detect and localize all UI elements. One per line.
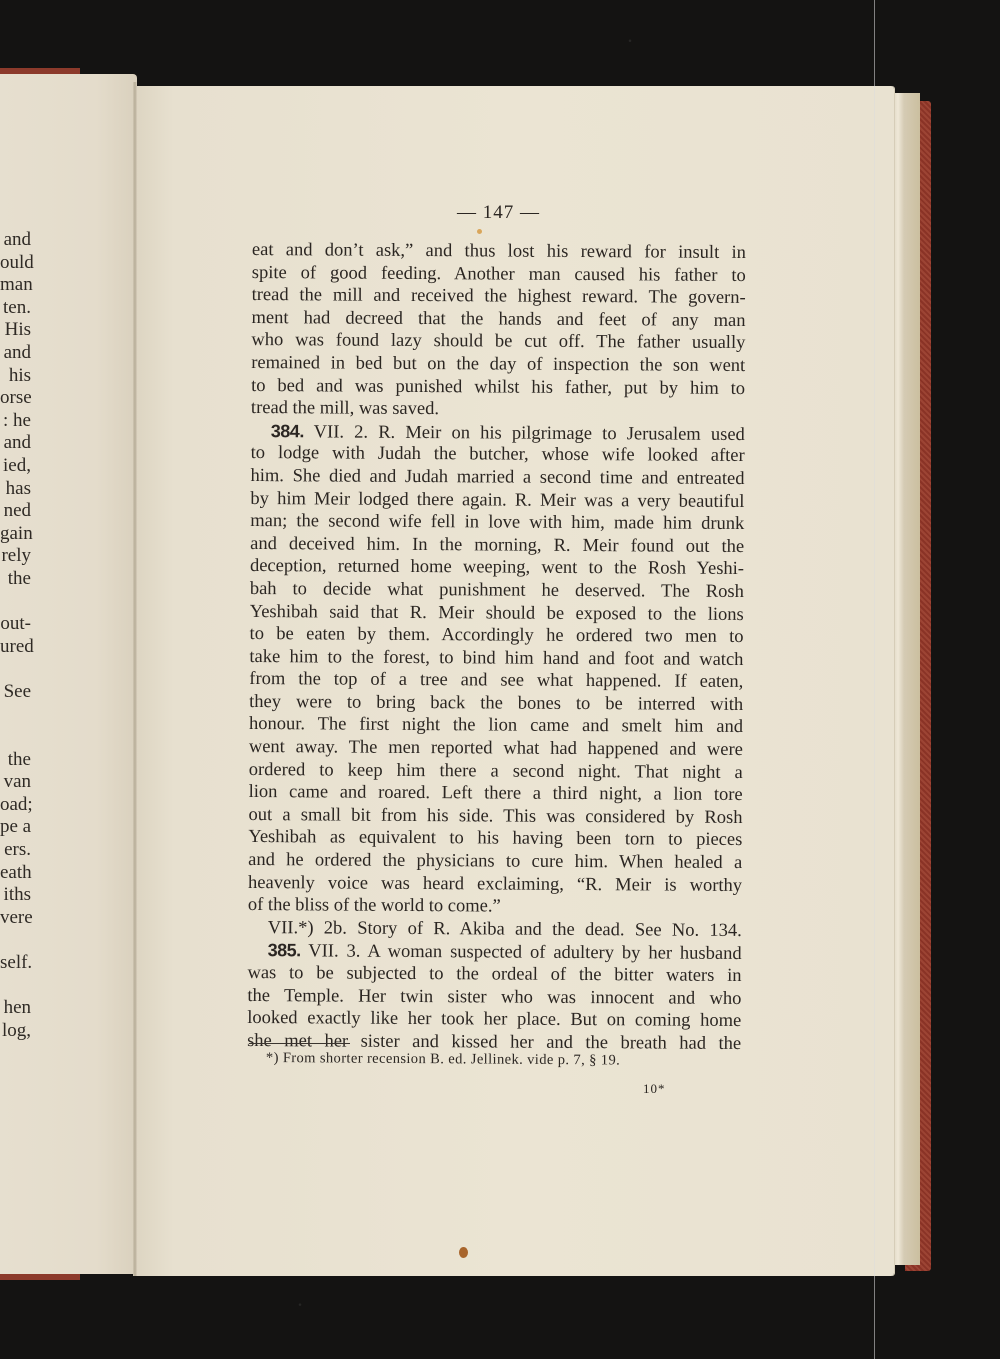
left-fragment: the — [0, 749, 31, 772]
left-fragment: ers. — [0, 839, 31, 862]
text-line: honour. The first night the lion came an… — [249, 713, 743, 739]
text-line: the Temple. Her twin sister who was inno… — [247, 985, 741, 1011]
text-line: tread the mill and received the highest … — [252, 284, 746, 310]
left-fragment — [0, 929, 31, 952]
entry-384-first-line: 384. VII. 2. R. Meir on his pilgrimage t… — [251, 420, 745, 446]
left-fragment: log, — [0, 1020, 31, 1043]
left-fragment: gain — [0, 523, 31, 546]
left-fragment: ied, — [0, 455, 31, 478]
left-fragment: and — [0, 229, 31, 252]
left-fragment: ould — [0, 252, 31, 275]
text-line: remained in bed but on the day of inspec… — [251, 352, 745, 378]
left-fragment: ned — [0, 500, 31, 523]
left-fragment: His — [0, 319, 31, 342]
left-fragment — [0, 591, 31, 614]
text-line: to lodge with Judah the butcher, whose w… — [251, 442, 745, 468]
text-line: man; the second wife fell in love with h… — [250, 510, 744, 536]
text-line: heavenly voice was heard exclaiming, “R.… — [248, 872, 742, 898]
text-line: and deceived him. In the morning, R. Mei… — [250, 533, 744, 559]
left-fragment: the — [0, 568, 31, 591]
footnote: *) From shorter recension B. ed. Jelline… — [266, 1050, 620, 1069]
text-line: spite of good feeding. Another man cause… — [252, 262, 746, 288]
entry-number-385: 385. — [268, 941, 301, 961]
left-fragment: man — [0, 274, 31, 297]
text-line: ordered to keep him there a second night… — [249, 759, 743, 785]
page-number: — 147 — — [457, 202, 540, 224]
text-line: bah to decide what punishment he deserve… — [250, 578, 744, 604]
text-line: by him Meir lodged there again. R. Meir … — [250, 488, 744, 514]
left-fragment: ured — [0, 636, 31, 659]
left-fragment: van — [0, 771, 31, 794]
left-fragment: and — [0, 342, 31, 365]
left-fragment: See — [0, 681, 31, 704]
text-line: went away. The men reported what had hap… — [249, 736, 743, 762]
page-body-text: eat and don’t ask,” and thus lost his re… — [247, 239, 746, 1055]
text-line: who was found lazy should be cut off. Th… — [251, 329, 745, 355]
text-line: to be eaten by them. Accordingly he orde… — [250, 623, 744, 649]
left-fragment: : he — [0, 410, 31, 433]
left-fragment: and — [0, 432, 31, 455]
left-fragment: oad; — [0, 794, 31, 817]
left-fragment — [0, 703, 31, 726]
text-line: out a small bit from his side. This was … — [248, 804, 742, 830]
text-line: lion came and roared. Left there a third… — [249, 781, 743, 807]
text-line: was to be subjected to the ordeal of the… — [247, 962, 741, 988]
left-page-text-fragments: and ould man ten. His and his orse : he … — [0, 229, 31, 1042]
text-line: Yeshibah said that R. Meir should be exp… — [250, 600, 744, 626]
left-fragment — [0, 726, 31, 749]
footnote-divider — [249, 1043, 350, 1044]
left-fragment — [0, 658, 31, 681]
left-fragment: out- — [0, 613, 31, 636]
left-fragment: pe a — [0, 816, 31, 839]
left-fragment: orse — [0, 387, 31, 410]
cross-reference-2b: VII.*) 2b. Story of R. Akiba and the dea… — [248, 917, 742, 943]
book-gutter — [133, 82, 137, 1276]
scanner-guide-line — [874, 0, 875, 1359]
text-line: deception, returned home weeping, went t… — [250, 555, 744, 581]
left-fragment: has — [0, 478, 31, 501]
text-line: from the top of a tree and see what happ… — [249, 668, 743, 694]
entry-384-heading-text: VII. 2. R. Meir on his pilgrimage to Jer… — [314, 422, 745, 445]
left-fragment: vere — [0, 907, 31, 930]
text-line: him. She died and Judah married a second… — [250, 465, 744, 491]
paper-stain — [459, 1247, 468, 1258]
text-line: they were to bring back the bones to be … — [249, 691, 743, 717]
left-fragment: eath — [0, 862, 31, 885]
text-line: looked exactly like her took her place. … — [247, 1007, 741, 1033]
text-line: eat and don’t ask,” and thus lost his re… — [252, 239, 746, 265]
left-fragment — [0, 975, 31, 998]
text-line: ment had decreed that the hands and feet… — [251, 307, 745, 333]
entry-385-first-line: 385. VII. 3. A woman suspected of adulte… — [248, 939, 742, 965]
left-fragment: self. — [0, 952, 31, 975]
left-fragment: ten. — [0, 297, 31, 320]
text-line: tread the mill, was saved. — [251, 397, 745, 423]
text-line: take him to the forest, to bind him hand… — [249, 646, 743, 672]
entry-385-heading-text: VII. 3. A woman suspected of adultery by… — [308, 942, 741, 965]
signature-mark: 10* — [643, 1081, 666, 1097]
text-line: of the bliss of the world to come.” — [248, 894, 742, 920]
text-line: and he ordered the physicians to cure hi… — [248, 849, 742, 875]
left-fragment: rely — [0, 545, 31, 568]
left-fragment: hen — [0, 997, 31, 1020]
text-line: Yeshibah as equivalent to his having bee… — [248, 826, 742, 852]
ink-mark — [477, 229, 482, 234]
left-fragment: his — [0, 365, 31, 388]
entry-number-384: 384. — [271, 421, 304, 441]
text-line: to bed and was punished whilst his fathe… — [251, 375, 745, 401]
left-fragment: iths — [0, 884, 31, 907]
